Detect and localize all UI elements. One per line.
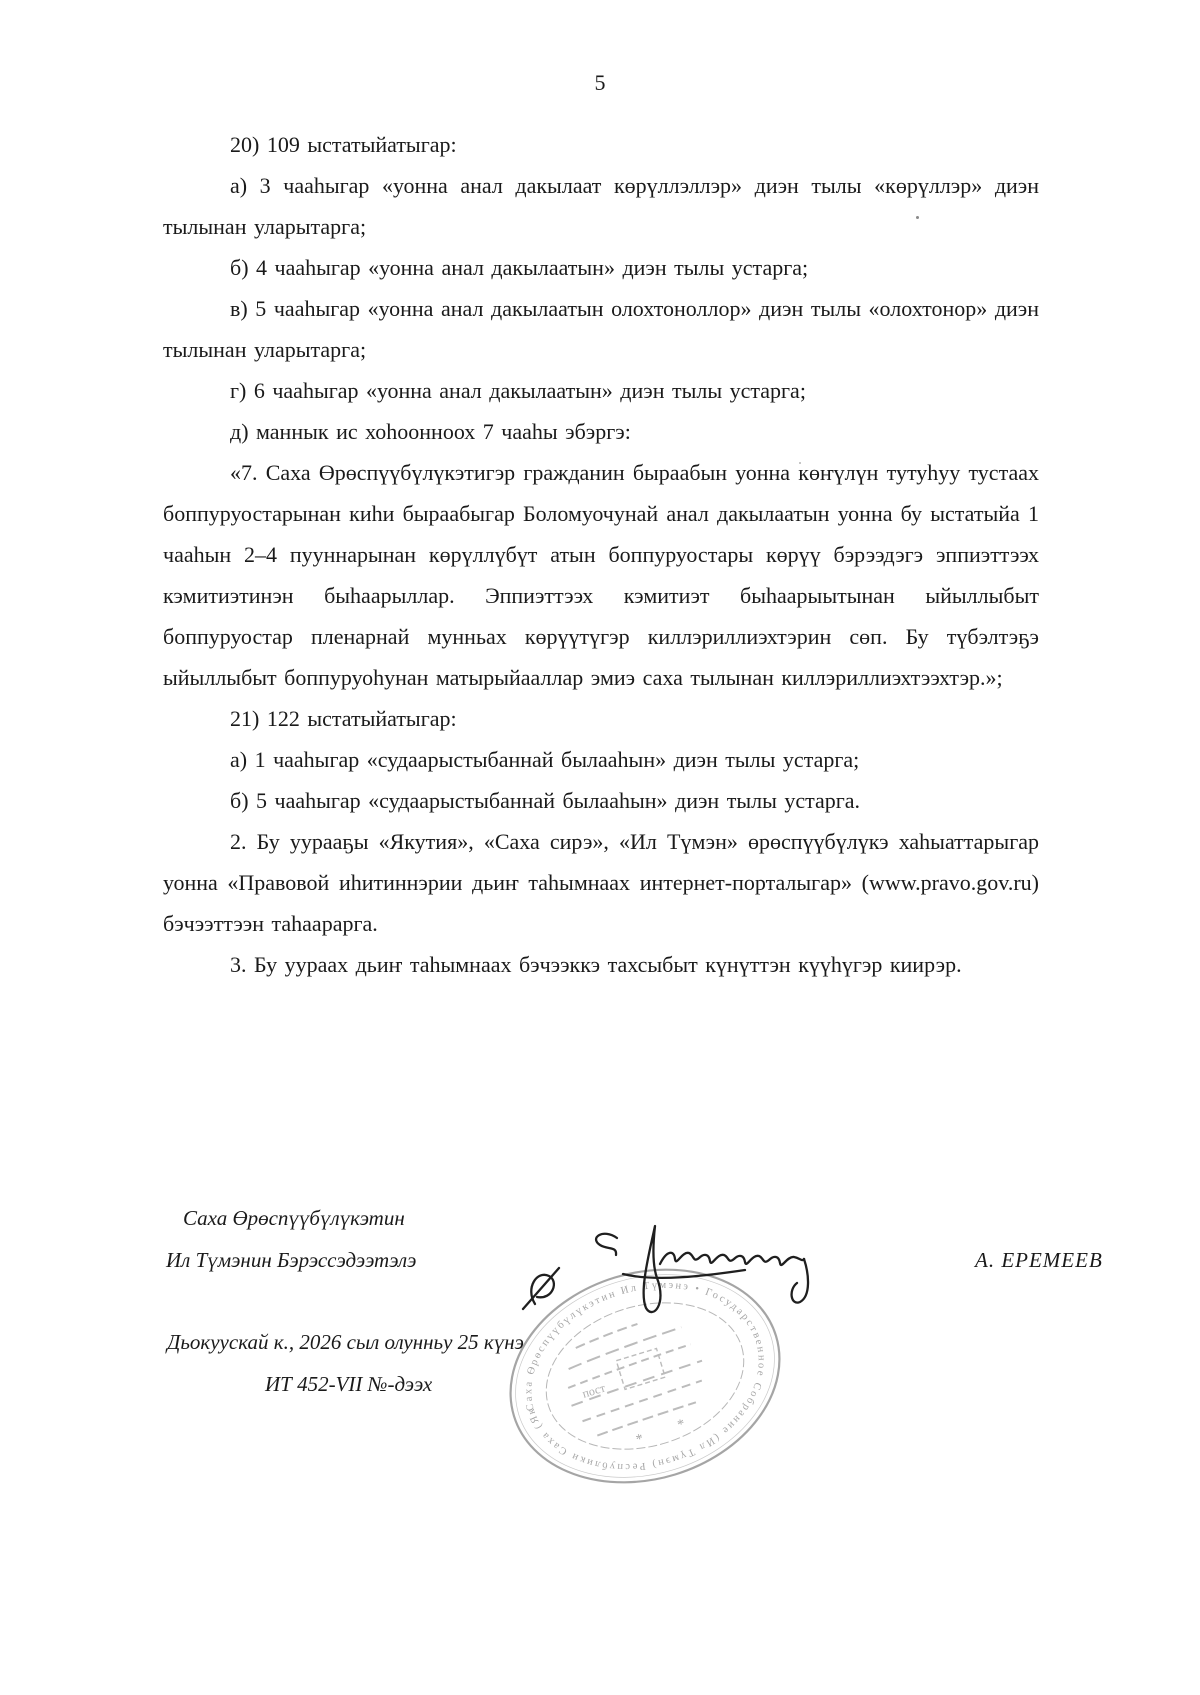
- document-page: 5 20) 109 ыстатыйатыгар: а) 3 чааһыгар «…: [0, 0, 1200, 1695]
- stamp-center-fragment: пост: [581, 1380, 608, 1400]
- scan-artifact-dot: [799, 462, 801, 464]
- paragraph: г) 6 чааһыгар «уонна анал дакылаатын» ди…: [163, 370, 1039, 411]
- paragraph: 2. Бу уурааҕы «Якутия», «Саха сирэ», «Ил…: [163, 821, 1039, 944]
- paragraph: а) 1 чааһыгар «судаарыстыбаннай былааһын…: [163, 739, 1039, 780]
- paragraph: «7. Саха Өрөспүүбүлүкэтигэр гражданин бы…: [163, 452, 1039, 698]
- place-date-line: Дьокуускай к., 2026 сыл олунньу 25 күнэ: [167, 1330, 524, 1355]
- paragraph: 21) 122 ыстатыйатыгар:: [163, 698, 1039, 739]
- scan-artifact-dot: [916, 216, 919, 219]
- paragraph: б) 4 чааһыгар «уонна анал дакылаатын» ди…: [163, 247, 1039, 288]
- signature-org-line1: Саха Өрөспүүбүлүкэтин: [183, 1206, 405, 1231]
- document-body: 20) 109 ыстатыйатыгар: а) 3 чааһыгар «уо…: [163, 124, 1039, 985]
- doc-number-line: ИТ 452-VII №-дээх: [265, 1372, 432, 1397]
- paragraph: б) 5 чааһыгар «судаарыстыбаннай былааһын…: [163, 780, 1039, 821]
- paragraph: 20) 109 ыстатыйатыгар:: [163, 124, 1039, 165]
- paragraph: в) 5 чааһыгар «уонна анал дакылаатын оло…: [163, 288, 1039, 370]
- svg-text:*: *: [676, 1417, 687, 1433]
- paragraph: д) маннык ис хоһоонноох 7 чааһы эбэргэ:: [163, 411, 1039, 452]
- signature-org-line2: Ил Түмэнин Бэрэссэдээтэлэ: [166, 1248, 416, 1273]
- page-number: 5: [0, 70, 1200, 96]
- svg-text:*: *: [634, 1432, 645, 1448]
- paragraph: 3. Бу уураах дьиҥ таһымнаах бэчээккэ тах…: [163, 944, 1039, 985]
- signature-autograph-icon: [505, 1212, 845, 1327]
- paragraph: а) 3 чааһыгар «уонна анал дакылаат көрүл…: [163, 165, 1039, 247]
- signer-name: А. ЕРЕМЕЕВ: [975, 1248, 1103, 1273]
